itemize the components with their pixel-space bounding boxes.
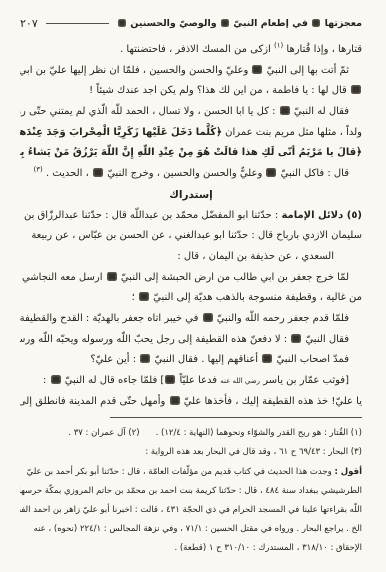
text-run: قال : فاكل النبيّ (277, 168, 349, 179)
text-run: قتارها ، وإذا قُتارها (283, 44, 362, 55)
section-heading: إستدراك (20, 185, 362, 206)
text-line: قال : فاكل النبيّ وعليٌّ والحسن والحسين … (20, 164, 362, 185)
text-line: من غالية ، وقطيفة منسوجة بالذهب هديّة إل… (20, 288, 362, 309)
text-run: إستدراك (169, 189, 213, 201)
honorific-seal-icon (165, 375, 175, 384)
text-run: ] فلمّا جاءه قال له النبيّ (62, 375, 165, 386)
book-page: معجزتها في إطعام النبيّ والوصيّ والحسنين… (0, 0, 386, 572)
text-run: سليمان الازدي بارباح قال : حدّثنا ابو عب… (31, 230, 362, 241)
honorific-seal-icon (170, 396, 180, 405)
text-line: فقال النبيّ : لا دفعنّ هذه القطيفة إلى ر… (20, 330, 362, 351)
text-run: يا عليّ! خذ هذه القطيفة إليك ، فأخذها عل… (181, 396, 362, 407)
text-run: (٣) البحار : ٦٩/٤٣ ح ٦١ ، وقد قال في الب… (145, 447, 362, 457)
text-run: والوصيّ والحسنين (127, 18, 220, 29)
footnote-line: الإحقاق : ٣١٨/١٠ ، المستدرك : ٣١٠/١٠ ح ١… (20, 539, 362, 558)
honorific-seal-icon (266, 168, 276, 177)
text-run: فلمّا قدم جعفر رحمه اللّه والنبيّ (214, 313, 349, 324)
text-line: السعدي ، عن حذيفة بن اليمان ، قال : (20, 247, 362, 268)
text-line: فقال له النبيّ : كل يا ابا الحسن ، ولا ت… (20, 102, 362, 123)
honorific-seal-icon (280, 106, 290, 115)
text-run: الإحقاق : ٣١٨/١٠ ، المستدرك : ٣١٠/١٠ ح ١… (174, 543, 362, 553)
header-rule (46, 23, 109, 24)
page-header: معجزتها في إطعام النبيّ والوصيّ والحسنين… (20, 14, 362, 32)
text-run: ولداً ، مثلها مثل مريم بنت عمران (222, 127, 362, 138)
text-run: ارسل معه النجاشي قدحاً (20, 272, 106, 283)
text-line: فمدّ اصحاب النبيّ أعناقهم إليها . فقال ا… (20, 350, 362, 371)
text-run: وعليّ والحسن والحسين ، فلمّا ان نظر إليه… (20, 65, 251, 76)
text-run: معجزتها (321, 18, 362, 29)
text-line: فلمّا قدم جعفر رحمه اللّه والنبيّ في خيب… (20, 309, 362, 330)
text-run: رضي الله عنه (220, 377, 260, 385)
honorific-seal-icon (312, 19, 320, 27)
text-run: اللّه بقراءتها علينا في المسجد الحرام في… (20, 505, 362, 515)
text-run: في خيبر اتاه جعفر بالهديّة : القدح والقط… (20, 313, 202, 324)
text-run: ثمّ أتت بها إلى النبيّ (263, 65, 349, 76)
text-run: وجدت هذا الحديث في كتاب قديم من مؤلّفات … (27, 467, 335, 477)
text-line: قال لها : يا فاطمة ، من اين لك هذا؟ ولم … (20, 81, 362, 102)
text-run: أعناقهم إليها . فقال النبيّ (151, 354, 261, 365)
text-run: أقول : (334, 467, 362, 477)
honorific-seal-icon (140, 354, 150, 363)
footnotes: (١) القُتار : هو ريح القدر والشوّاء ونحو… (20, 424, 362, 558)
running-title: معجزتها في إطعام النبيّ والوصيّ والحسنين (117, 18, 362, 29)
honorific-seal-icon (291, 334, 301, 343)
text-run: فدعا عليّاً (176, 375, 220, 386)
footnote-col: (١) القُتار : هو ريح القدر والشوّاء ونحو… (156, 424, 362, 443)
body-text: قتارها ، وإذا قُتارها (١) ازكى من المسك … (20, 40, 362, 412)
text-run: فمدّ اصحاب النبيّ (273, 354, 349, 365)
footnote-line: (٣) البحار : ٦٩/٤٣ ح ٦١ ، وقد قال في الب… (20, 443, 362, 462)
text-run: (٥) دلائل الإمامة (281, 210, 362, 221)
text-line: ولداً ، مثلها مثل مريم بنت عمران ﴿كُلَّم… (20, 123, 362, 144)
text-run: السعدي ، عن حذيفة بن اليمان ، قال : (177, 251, 334, 262)
honorific-seal-icon (93, 168, 103, 177)
text-line: قتارها ، وإذا قُتارها (١) ازكى من المسك … (20, 40, 362, 61)
honorific-seal-icon (139, 292, 149, 301)
honorific-seal-icon (51, 375, 61, 384)
footnote-ref: (١) (274, 42, 283, 50)
honorific-seal-icon (252, 65, 262, 74)
text-run: وأمهل حتّى قدم المدينة فانطلق إلى (20, 396, 169, 407)
footnote-separator (110, 417, 362, 418)
footnote-line: اللّه بقراءتها علينا في المسجد الحرام في… (20, 501, 362, 520)
text-run: : حدّثنا ابو المفضّل محمّد بن عبداللّه ق… (24, 210, 281, 221)
footnote-col: (٢) آل عمران : ٣٧ . (68, 424, 139, 443)
honorific-seal-icon (107, 272, 117, 281)
honorific-seal-icon (262, 354, 272, 363)
text-run: فقال له النبيّ (291, 106, 349, 117)
footnote-ref: (٣) (34, 166, 43, 174)
text-run: : لا دفعنّ هذه القطيفة إلى رجل يحبّ اللّ… (20, 334, 290, 345)
text-line: ثمّ أتت بها إلى النبيّ وعليّ والحسن والح… (20, 61, 362, 82)
text-run: قال لها : يا فاطمة ، من اين لك هذا؟ ولم … (89, 85, 350, 96)
text-run: وعليٌّ والحسن والحسين ، وخرج النبيّ (104, 168, 265, 179)
quran-verse: ﴿قالَ يا مَرْيَمُ أنّى لَكِ هذا قالَتْ ه… (20, 147, 362, 158)
footnote-line: الطرشيشي ببغداد سنة ٤٨٤ ، قال : حدّثنا ك… (20, 482, 362, 501)
honorific-seal-icon (351, 85, 361, 94)
text-line: لمّا خرج جعفر بن ابي طالب من ارض الحبشة … (20, 268, 362, 289)
footnote-line: أقول : وجدت هذا الحديث في كتاب قديم من م… (20, 463, 362, 482)
text-run: من غالية ، وقطيفة منسوجة بالذهب هديّة إل… (150, 292, 362, 303)
text-line: (٥) دلائل الإمامة : حدّثنا ابو المفضّل م… (20, 206, 362, 227)
text-line: [فوثب عمّار بن ياسر رضي الله عنه فدعا عل… (20, 371, 362, 392)
footnote-line: الخ . يراجع البحار . ورواه في مقتل الحسي… (20, 520, 362, 539)
text-run: : كل يا ابا الحسن ، ولا تسال ، الحمد للّ… (20, 106, 279, 117)
text-run: ازكى من المسك الاذفر ، فاحتضنتها . (120, 44, 274, 55)
text-run: : (43, 375, 50, 386)
honorific-seal-icon (221, 19, 229, 27)
honorific-seal-icon (203, 313, 213, 322)
text-line: ﴿قالَ يا مَرْيَمُ أنّى لَكِ هذا قالَتْ ه… (20, 143, 362, 164)
page-number: ٢٠٧ (20, 17, 38, 30)
text-run: (٢) آل عمران : ٣٧ . (68, 428, 139, 438)
text-run: فقال النبيّ (302, 334, 349, 345)
text-line: سليمان الازدي بارباح قال : حدّثنا ابو عب… (20, 226, 362, 247)
text-line: يا عليّ! خذ هذه القطيفة إليك ، فأخذها عل… (20, 392, 362, 413)
text-run: [فوثب عمّار بن ياسر (260, 375, 349, 386)
text-run: : أين عليّ؟ (90, 354, 139, 365)
text-run: ، الحديث . (43, 168, 92, 179)
text-run: لمّا خرج جعفر بن ابي طالب من ارض الحبشة … (118, 272, 349, 283)
text-run: الخ . يراجع البحار . ورواه في مقتل الحسي… (34, 524, 362, 534)
text-run: في إطعام النبيّ (230, 18, 311, 29)
honorific-seal-icon (118, 19, 126, 27)
text-run: الطرشيشي ببغداد سنة ٤٨٤ ، قال : حدّثنا ك… (20, 486, 362, 496)
footnote-line: (١) القُتار : هو ريح القدر والشوّاء ونحو… (20, 424, 362, 443)
text-run: (١) القُتار : هو ريح القدر والشوّاء ونحو… (156, 428, 362, 438)
text-run: ؛ (132, 292, 138, 303)
quran-verse: ﴿كُلَّما دَخَلَ عَلَيْها زَكَرِيَّا الْم… (20, 127, 222, 138)
